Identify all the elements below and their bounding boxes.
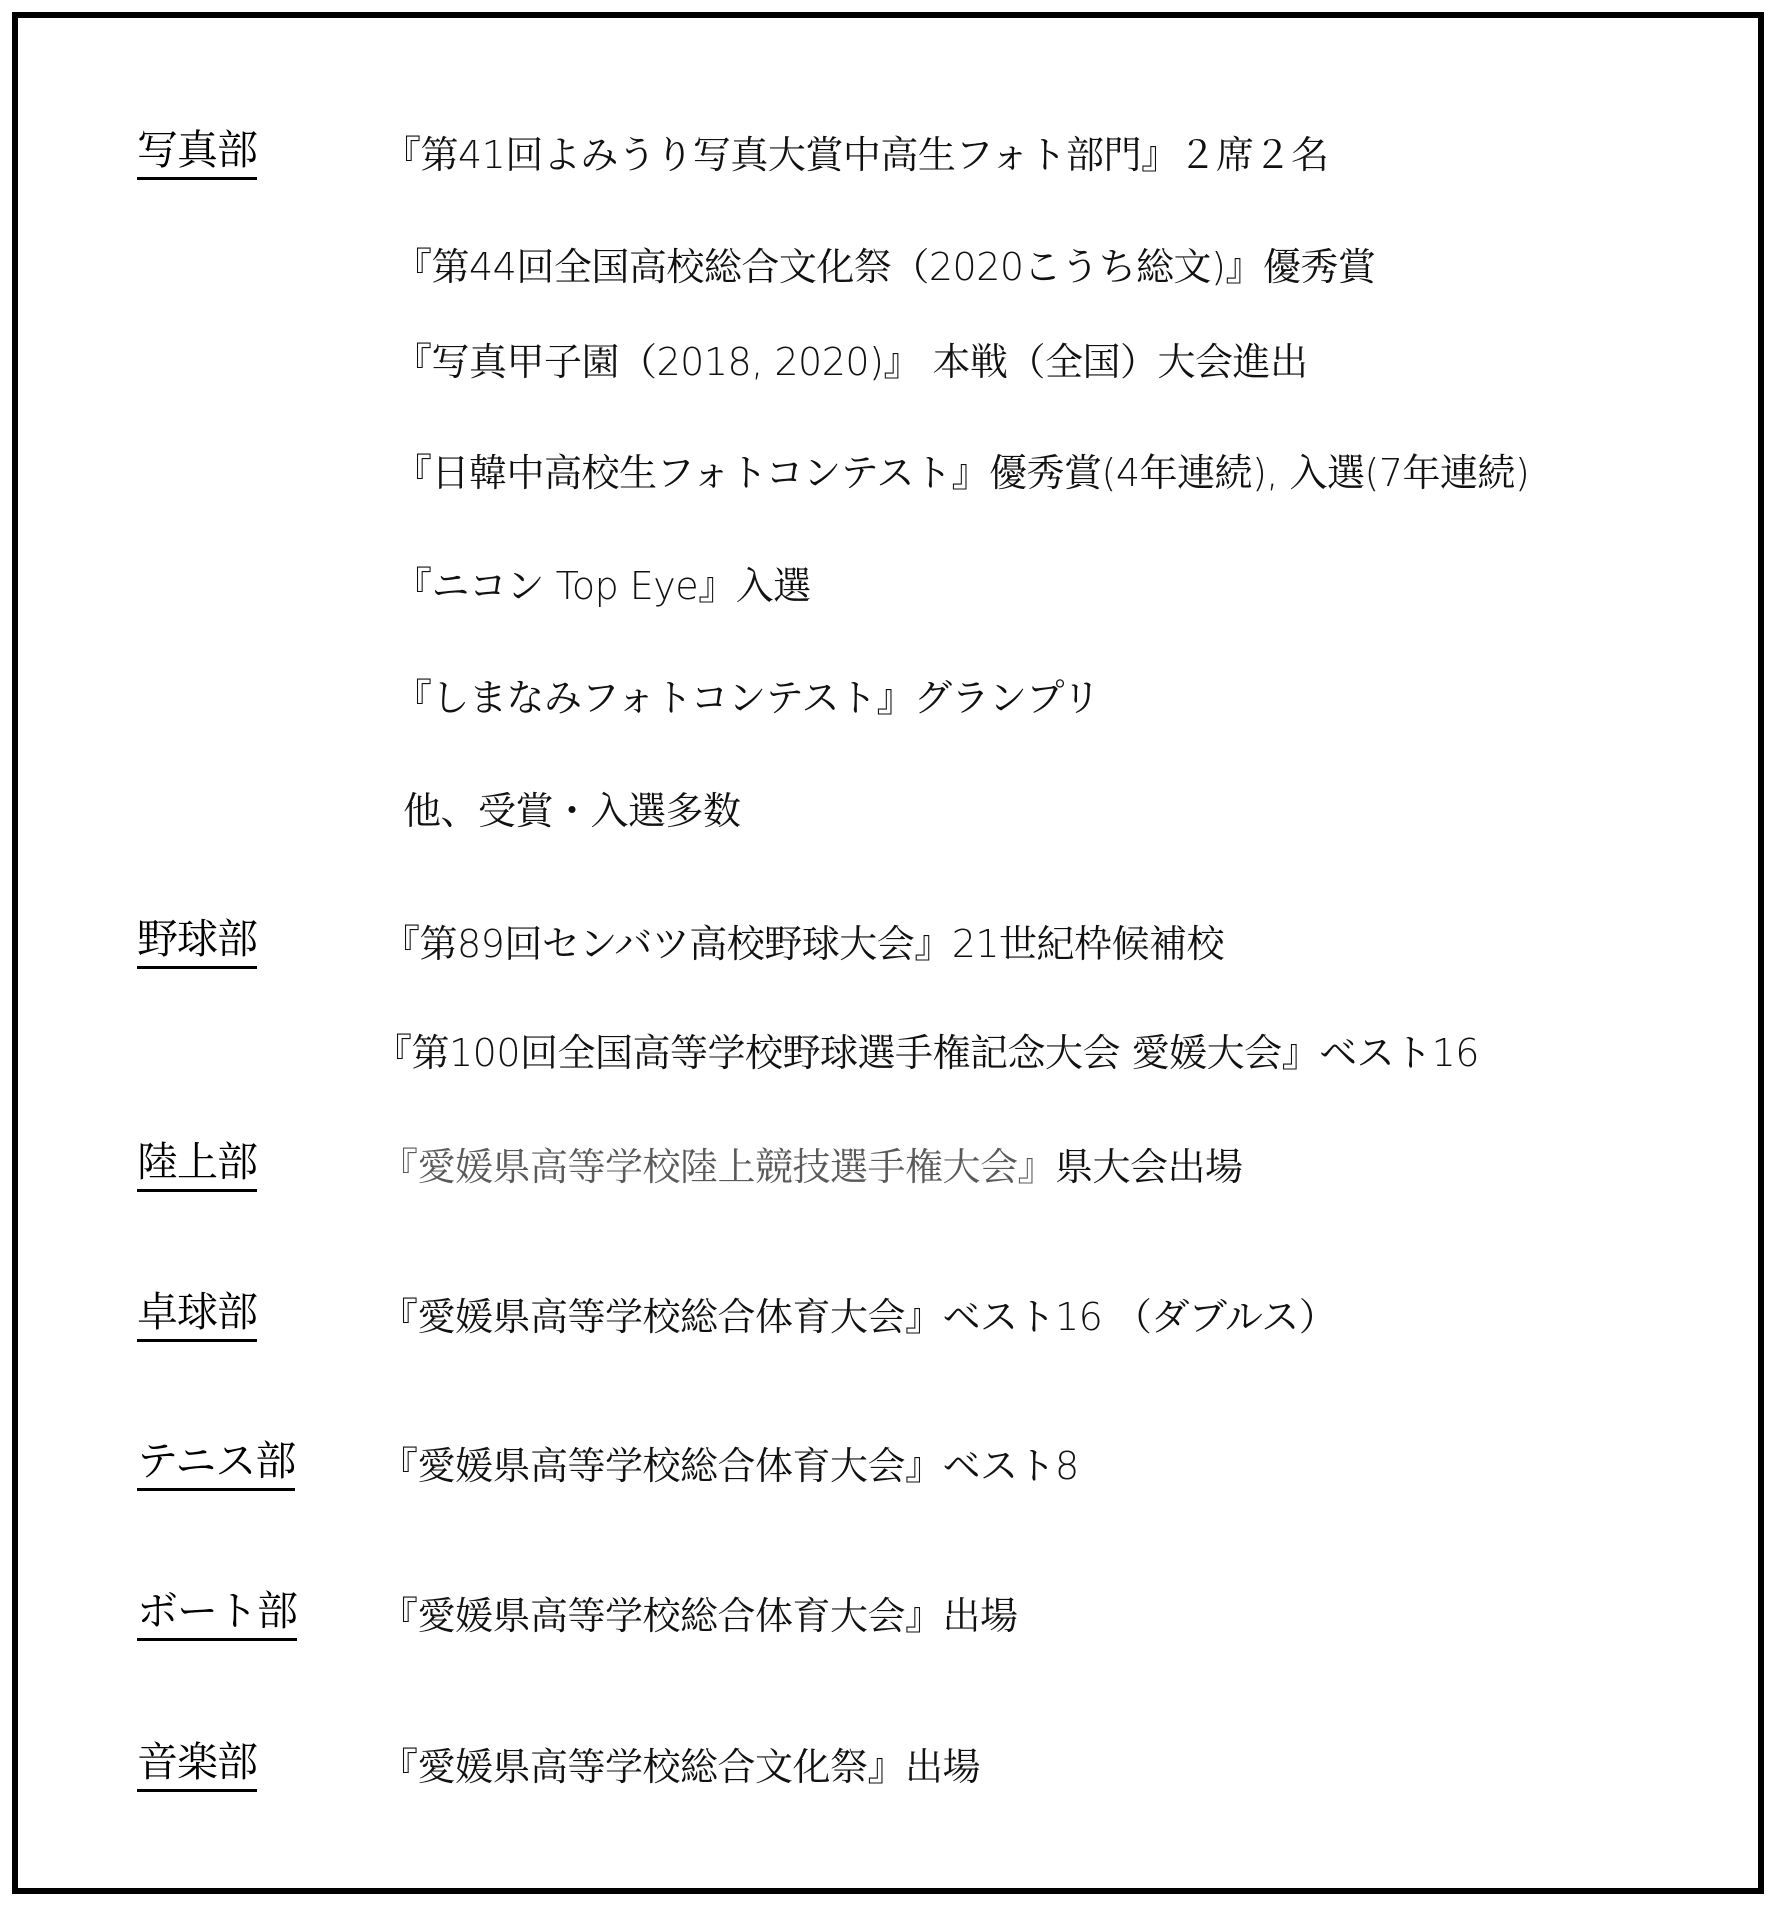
achievement-item: 『第44回全国高校総合文化祭（2020こうち総文)』優秀賞 — [394, 248, 1375, 286]
achievement-item: 『日韓中高校生フォトコンテスト』優秀賞(4年連続), 入選(7年連続) — [394, 454, 1529, 492]
achievement-item: 『第100回全国高等学校野球選手権記念大会 愛媛大会』ベスト16 — [374, 1034, 1479, 1072]
competition-name: 『愛媛県高等学校陸上競技選手権大会』 — [380, 1145, 1055, 1189]
club-label-track-and-field: 陸上部 — [137, 1142, 257, 1192]
achievement-item: 『愛媛県高等学校総合体育大会』ベスト8 — [380, 1447, 1079, 1485]
achievement-item: 『愛媛県高等学校総合体育大会』ベスト16 （ダブルス） — [380, 1298, 1336, 1336]
club-label-tennis: テニス部 — [137, 1441, 295, 1491]
achievement-item: 他、受賞・入選多数 — [403, 792, 741, 830]
achievement-item: 『愛媛県高等学校総合文化祭』出場 — [380, 1748, 980, 1786]
result-text: 県大会出場 — [1055, 1145, 1243, 1189]
club-label-baseball: 野球部 — [137, 919, 257, 969]
achievement-item: 『写真甲子園（2018, 2020)』 本戦（全国）大会進出 — [394, 343, 1307, 381]
achievement-item: 『愛媛県高等学校陸上競技選手権大会』県大会出場 — [380, 1148, 1243, 1186]
achievement-item: 『しまなみフォトコンテスト』グランプリ — [394, 679, 1100, 717]
achievement-item: 『第89回センバツ高校野球大会』21世紀枠候補校 — [382, 925, 1224, 963]
club-label-table-tennis: 卓球部 — [137, 1292, 257, 1342]
club-label-music: 音楽部 — [137, 1742, 257, 1792]
achievement-item: 『第41回よみうり写真大賞中高生フォト部門』２席２名 — [383, 136, 1328, 174]
achievement-item: 『愛媛県高等学校総合体育大会』出場 — [380, 1597, 1018, 1635]
club-label-rowing: ボート部 — [137, 1591, 297, 1641]
achievement-item: 『ニコン Top Eye』入選 — [394, 567, 811, 605]
club-label-photography: 写真部 — [137, 130, 257, 180]
